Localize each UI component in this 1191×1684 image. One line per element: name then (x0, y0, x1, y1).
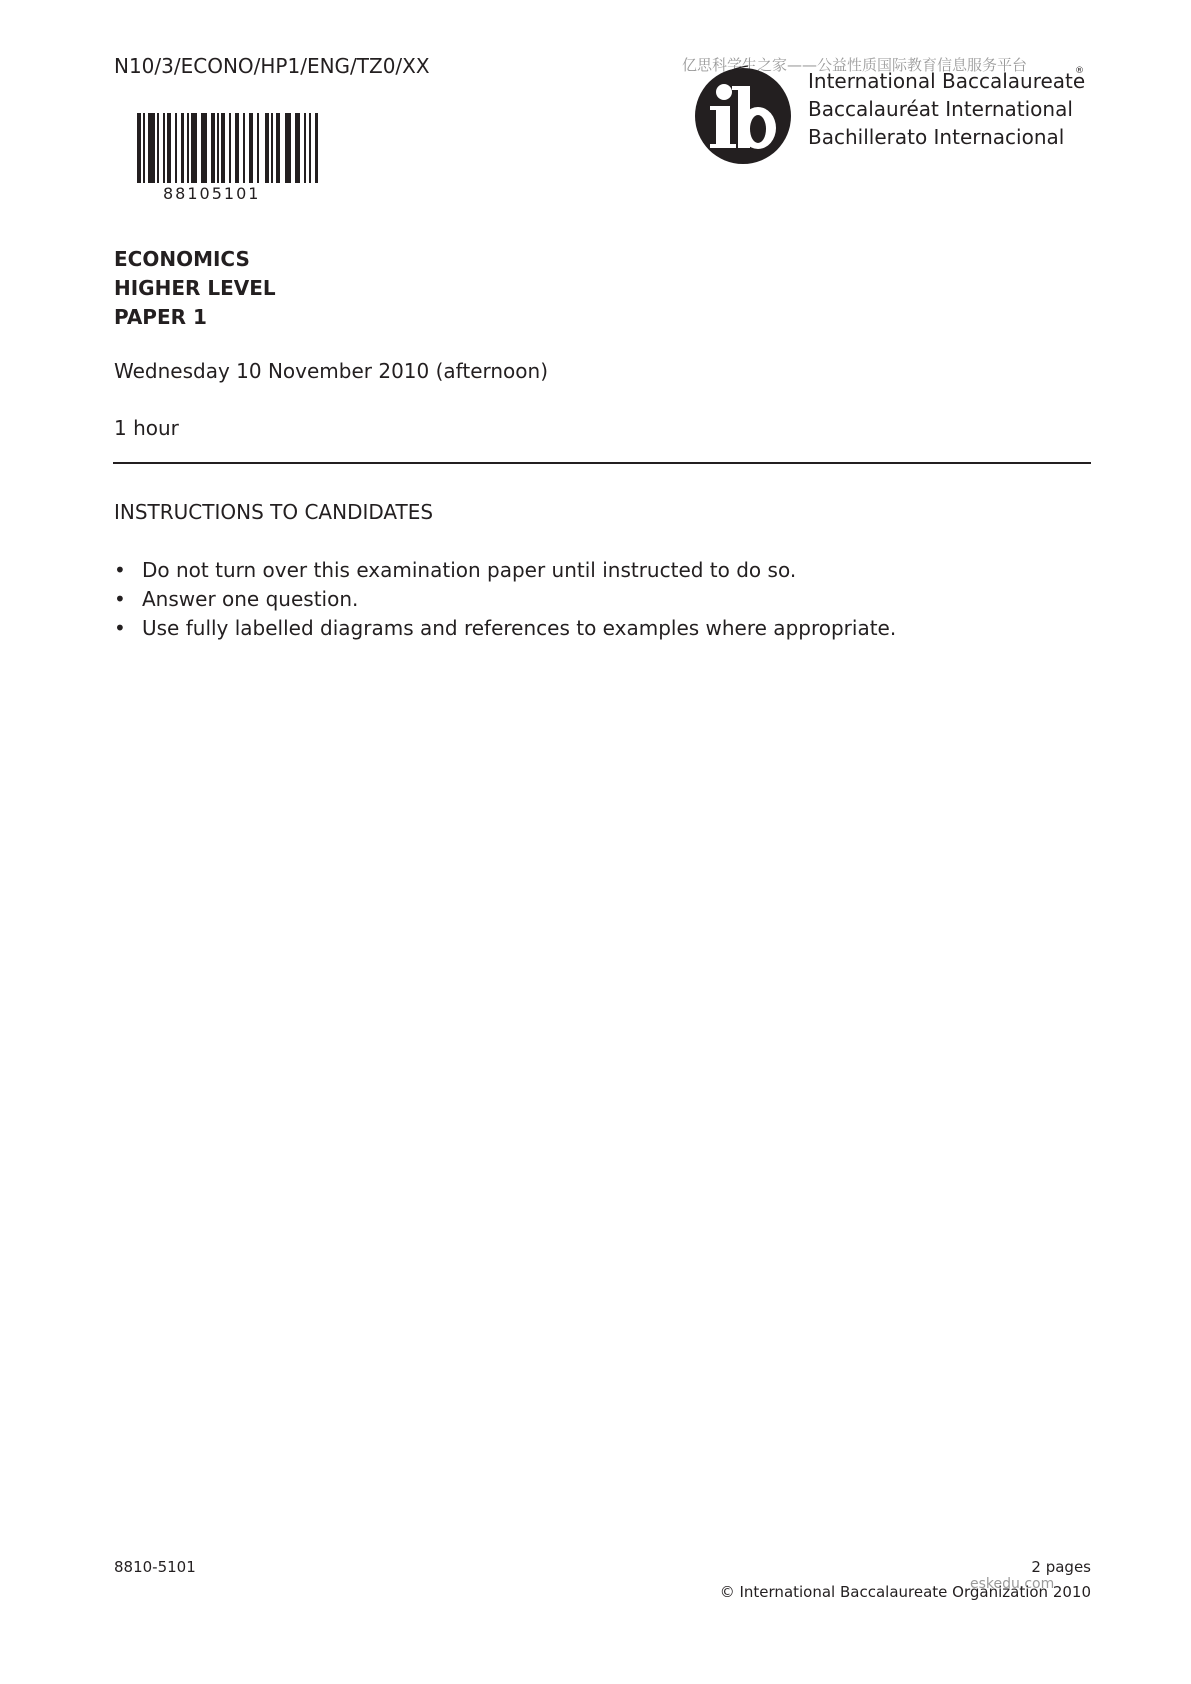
subject-title: ECONOMICS (114, 245, 276, 274)
ib-logo-icon (686, 62, 796, 166)
divider (113, 462, 1091, 464)
bullet-icon: • (114, 614, 126, 643)
bullet-icon: • (114, 585, 126, 614)
instruction-item: • Do not turn over this examination pape… (114, 556, 896, 585)
instructions-heading: INSTRUCTIONS TO CANDIDATES (114, 500, 433, 524)
copyright: © International Baccalaureate Organizati… (720, 1583, 1091, 1601)
instruction-item: • Answer one question. (114, 585, 896, 614)
paper-code: N10/3/ECONO/HP1/ENG/TZ0/XX (114, 54, 430, 78)
instruction-text: Answer one question. (142, 587, 358, 611)
subject-paper: PAPER 1 (114, 303, 276, 332)
exam-duration: 1 hour (114, 416, 179, 440)
page-count: 2 pages (1031, 1558, 1091, 1576)
exam-date: Wednesday 10 November 2010 (afternoon) (114, 359, 548, 383)
ib-name-french: Baccalauréat International (808, 97, 1073, 121)
bullet-icon: • (114, 556, 126, 585)
barcode-number: 88105101 (163, 184, 260, 203)
instruction-text: Do not turn over this examination paper … (142, 558, 796, 582)
ib-name-spanish: Bachillerato Internacional (808, 125, 1064, 149)
registered-mark: ® (1075, 66, 1084, 76)
instructions-list: • Do not turn over this examination pape… (114, 556, 896, 643)
instruction-text: Use fully labelled diagrams and referenc… (142, 616, 896, 640)
document-code: 8810-5101 (114, 1558, 196, 1576)
instruction-item: • Use fully labelled diagrams and refere… (114, 614, 896, 643)
subject-level: HIGHER LEVEL (114, 274, 276, 303)
ib-name-english: International Baccalaureate (808, 69, 1085, 93)
subject-block: ECONOMICS HIGHER LEVEL PAPER 1 (114, 245, 276, 332)
barcode-icon (135, 113, 320, 183)
